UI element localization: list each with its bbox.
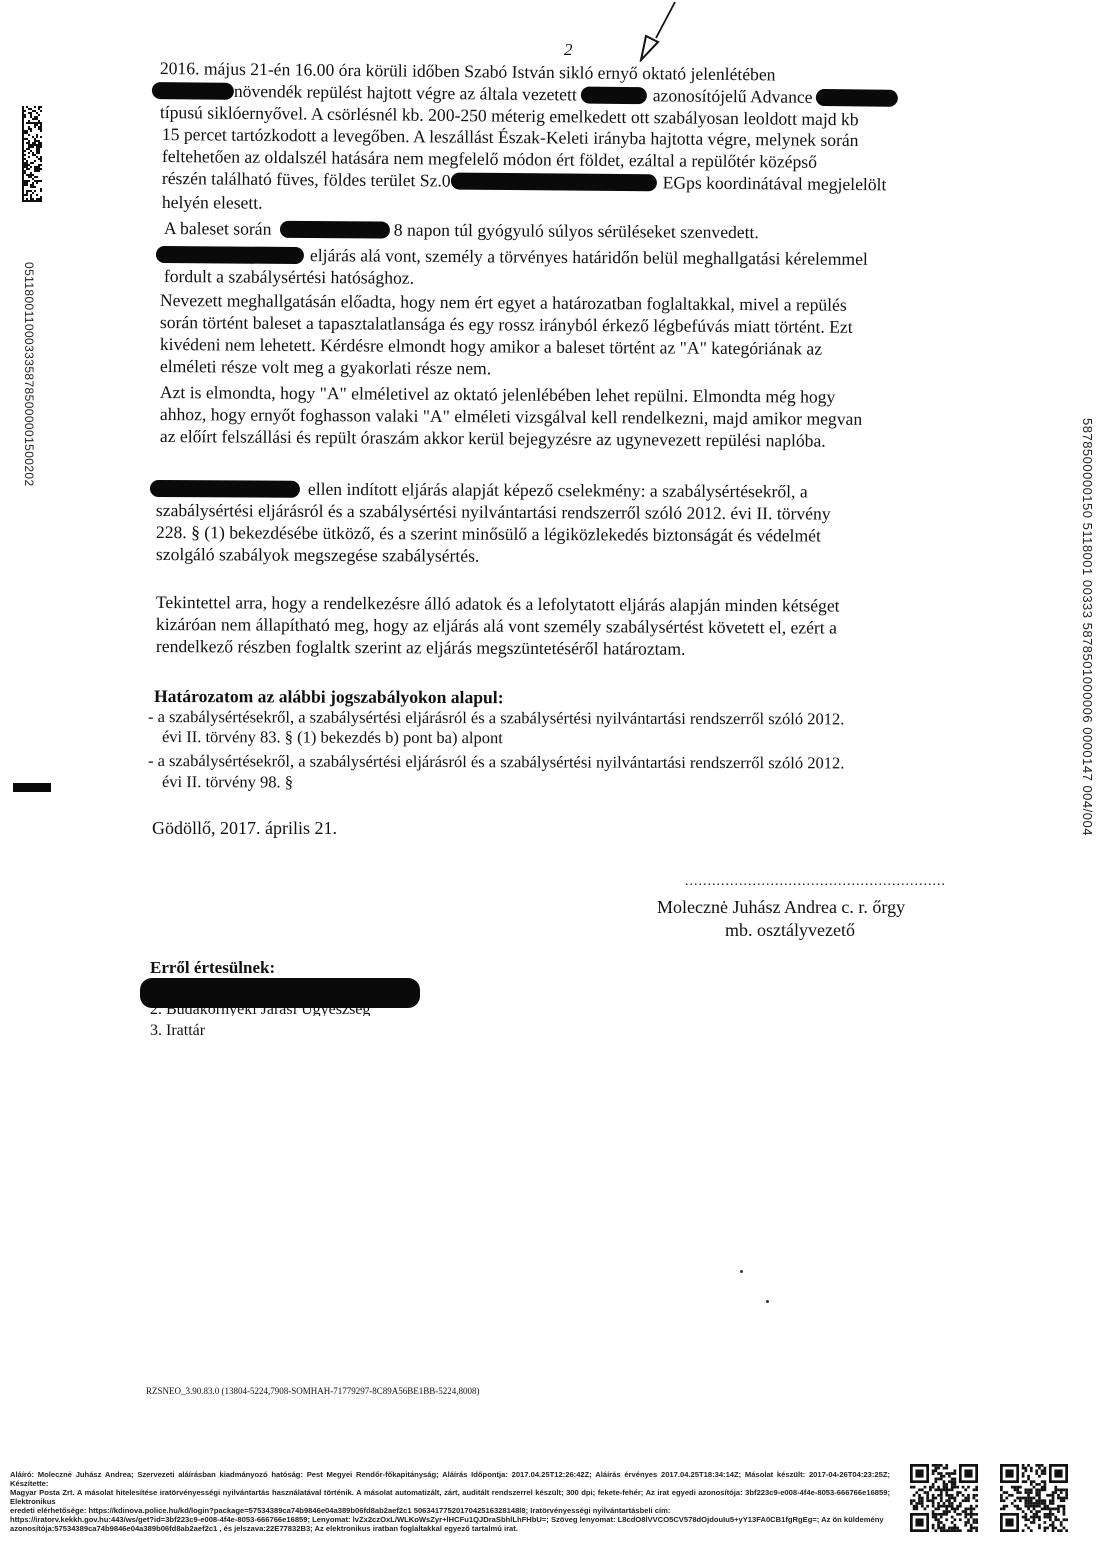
signatory-name: Molecznė Juhász Andrea c. r. őrgy	[657, 897, 905, 918]
redaction	[140, 978, 420, 1008]
left-side-code: 05118001100033358785000001500202	[22, 262, 36, 487]
legal-basis-item-cont: évi II. törvény 83. § (1) bekezdés b) po…	[162, 727, 503, 748]
text-line: elméleti része volt meg a gyakorlati rés…	[160, 356, 491, 378]
certification-footer: Aláíró: Molecznė Juhász Andrea; Szerveze…	[10, 1470, 890, 1533]
text-line: ahhoz, hogy ernyőt foghasson valaki "A" …	[160, 404, 862, 429]
redaction	[815, 89, 897, 107]
text-line: kizáróan nem állapítható meg, hogy az el…	[156, 614, 837, 638]
recipient-item: 3. Irattár	[150, 1022, 205, 1040]
legal-basis-item: - a szabálysértésekről, a szabálysértési…	[148, 707, 844, 729]
qr-code	[1000, 1462, 1068, 1534]
datamatrix-barcode	[22, 105, 42, 203]
text-line: feltehetően az oldalszél hatására nem me…	[162, 146, 817, 172]
text-line: az előírt felszállási és repült óraszám …	[160, 426, 826, 451]
redaction	[156, 246, 304, 264]
handwritten-arrow-mark	[628, 0, 688, 62]
place-date: Gödöllő, 2017. április 21.	[152, 818, 337, 838]
redaction	[150, 480, 300, 498]
reference-code: RZSNEO_3.90.83.0 (13804-5224,7908-SOMHAH…	[146, 1386, 480, 1396]
text-line: Tekintettel arra, hogy a rendelkezésre á…	[156, 592, 840, 616]
text-line: eljárás alá vont, személy a törvényes ha…	[156, 244, 868, 269]
text-line: szabálysértési eljárásról és a szabálysé…	[156, 500, 831, 524]
text-line: A baleset során 8 napon túl gyógyuló súl…	[164, 218, 759, 242]
redaction	[581, 86, 647, 104]
footer-line: Magyar Posta Zrt. A másolat hitelesítése…	[10, 1488, 890, 1506]
text-line: rendelkező részben foglaltk szerint az e…	[156, 636, 686, 659]
scan-mark	[13, 783, 51, 792]
redaction	[280, 221, 390, 239]
text-line: Azt is elmondta, hogy "A" elméletivel az…	[160, 382, 836, 407]
text-line: 228. § (1) bekezdésébe ütköző, és a szer…	[156, 522, 821, 545]
redaction	[451, 173, 657, 192]
redaction	[152, 82, 234, 100]
signatory-title: mb. osztályvezető	[725, 920, 855, 941]
text-line: szolgáló szabályok megszegése szabálysér…	[156, 544, 480, 566]
recipients-heading: Erről értesülnek:	[150, 958, 275, 978]
legal-basis-heading: Határozatom az alábbi jogszabályokon ala…	[154, 686, 504, 707]
signature-line: ........................................…	[685, 874, 946, 890]
text-line: részén található füves, földes terület S…	[162, 168, 887, 194]
page-number: 2	[564, 40, 573, 60]
text-line: Nevezett meghallgatásán előadta, hogy ne…	[160, 290, 847, 315]
text-line: fordult a szabálysértési hatósághoz.	[164, 266, 414, 288]
footer-line: azonosítója:57534389ca74b9846e04a389b06f…	[10, 1524, 890, 1533]
text-line: során történt baleset a tapasztalatlansá…	[160, 312, 853, 337]
footer-line: https://iratorv.kekkh.gov.hu:443/ws/get?…	[10, 1515, 890, 1524]
text-line: ellen indított eljárás alapját képező cs…	[150, 478, 808, 501]
legal-basis-item-cont: évi II. törvény 98. §	[162, 772, 293, 792]
text-line: helyén elesett.	[162, 192, 263, 213]
footer-line: eredeti elérhetősége: https://kdinova.po…	[10, 1506, 890, 1515]
scan-speck	[740, 1270, 743, 1273]
right-side-code: 5878500000150 5118001 00333 587850100000…	[1080, 418, 1095, 836]
scan-speck	[766, 1300, 769, 1303]
qr-code	[910, 1462, 978, 1534]
text-line: kivédeni nem lehetett. Kérdésre elmondt …	[160, 334, 822, 359]
legal-basis-item: - a szabálysértésekről, a szabálysértési…	[148, 751, 844, 773]
footer-line: Aláíró: Molecznė Juhász Andrea; Szerveze…	[10, 1470, 890, 1488]
